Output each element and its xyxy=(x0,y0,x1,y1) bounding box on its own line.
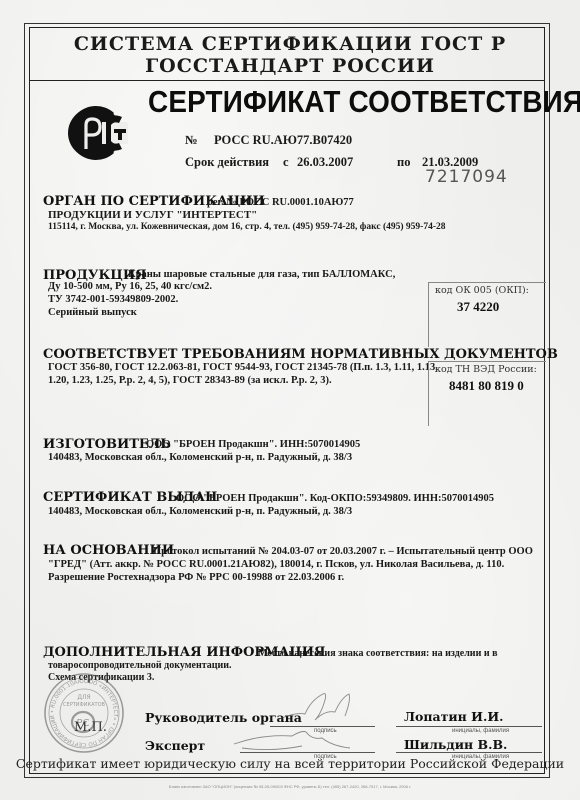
basis-line2: "ГРЕД" (Атт. аккр. № РОСС RU.0001.21АЮ82… xyxy=(48,559,504,570)
certification-body-address: 115114, г. Москва, ул. Кожевническая, до… xyxy=(48,222,446,232)
expert-role-label: Эксперт xyxy=(145,738,205,753)
stamp-seal-icon: ООО «ИНТЕРТЕСТ» • ОРГАН ПО СЕРТИФИКАЦИИ … xyxy=(43,672,125,754)
serial-number: 7217094 xyxy=(425,167,508,187)
svg-text:СЕРТИФИКАТОВ: СЕРТИФИКАТОВ xyxy=(63,702,105,708)
from-label: с xyxy=(283,155,289,170)
system-title-line2: ГОССТАНДАРТ РОССИИ xyxy=(0,55,580,77)
valid-from-date: 26.03.2007 xyxy=(297,155,353,170)
expert-name-line xyxy=(396,752,542,753)
additional-info-line2: товаросопроводительной документации. xyxy=(48,660,232,671)
manufacturer-name: ООО "БРОЕН Продакшн". ИНН:5070014905 xyxy=(146,439,360,450)
tnved-code-box: код ТН ВЭД России: 8481 80 819 0 xyxy=(428,361,546,426)
head-name: Лопатин И.И. xyxy=(404,709,503,724)
tnved-code-label: код ТН ВЭД России: xyxy=(435,364,537,375)
certification-body-reg: рег. № РОСС RU.0001.10АЮ77 xyxy=(207,197,354,208)
product-line3: ТУ 3742-001-59349809-2002. xyxy=(48,294,178,305)
head-name-line xyxy=(396,726,542,727)
certificate-title: СЕРТИФИКАТ СООТВЕТСТВИЯ xyxy=(148,84,580,120)
compliance-heading: СООТВЕТСТВУЕТ ТРЕБОВАНИЯМ НОРМАТИВНЫХ ДО… xyxy=(43,347,558,362)
additional-info-line1: Место нанесения знака соответствия: на и… xyxy=(258,648,498,659)
issued-to-name: ООО "БРОЕН Продакшн". Код-ОКПО:59349809.… xyxy=(176,493,494,504)
okp-code-value: 37 4220 xyxy=(457,299,499,315)
header-divider xyxy=(29,80,545,81)
certificate-number: РОСС RU.АЮ77.В07420 xyxy=(214,133,352,148)
expert-name: Шильдин В.В. xyxy=(404,737,507,752)
svg-text:ООО «ИНТЕРТЕСТ» • ОРГАН ПО СЕР: ООО «ИНТЕРТЕСТ» • ОРГАН ПО СЕРТИФИКАЦИИ … xyxy=(43,672,118,747)
product-line2: Ду 10-500 мм, Ру 16, 25, 40 кгс/см2. xyxy=(48,281,212,292)
compliance-line2: 1.20, 1.23, 1.25, Р.р. 2, 4, 5), ГОСТ 28… xyxy=(48,375,332,386)
product-line1: Краны шаровые стальные для газа, тип БАЛ… xyxy=(128,269,395,280)
rst-conformity-mark-icon xyxy=(64,103,128,163)
issued-to-address: 140483, Московская обл., Коломенский р-н… xyxy=(48,506,352,517)
printer-imprint: Бланк изготовлен ЗАО "ОПЦИОН" (лицензия … xyxy=(0,784,580,789)
mp-label: М.П. xyxy=(74,720,107,735)
expert-signature-icon xyxy=(232,726,352,754)
basis-line3: Разрешение Ростехнадзора РФ № РРС 00-199… xyxy=(48,572,344,583)
product-line4: Серийный выпуск xyxy=(48,307,137,318)
basis-line1: Протокол испытаний № 204.03-07 от 20.03.… xyxy=(153,546,533,557)
validity-label: Срок действия xyxy=(185,155,269,170)
head-name-caption: инициалы, фамилия xyxy=(452,728,509,734)
svg-text:ДЛЯ: ДЛЯ xyxy=(77,694,90,701)
compliance-line1: ГОСТ 356-80, ГОСТ 12.2.063-81, ГОСТ 9544… xyxy=(48,362,438,373)
manufacturer-address: 140483, Московская обл., Коломенский р-н… xyxy=(48,452,352,463)
okp-code-box: код ОК 005 (ОКП): 37 4220 xyxy=(428,282,546,347)
certification-body-name: ПРОДУКЦИИ И УСЛУГ "ИНТЕРТЕСТ" xyxy=(48,209,257,221)
system-title-line1: СИСТЕМА СЕРТИФИКАЦИИ ГОСТ Р xyxy=(0,33,580,55)
legal-validity-note: Сертификат имеет юридическую силу на все… xyxy=(0,756,580,771)
head-signature-icon xyxy=(275,690,355,728)
number-label: № xyxy=(185,133,198,148)
okp-code-label: код ОК 005 (ОКП): xyxy=(435,285,529,296)
tnved-code-value: 8481 80 819 0 xyxy=(449,378,524,394)
to-label: по xyxy=(397,155,410,170)
